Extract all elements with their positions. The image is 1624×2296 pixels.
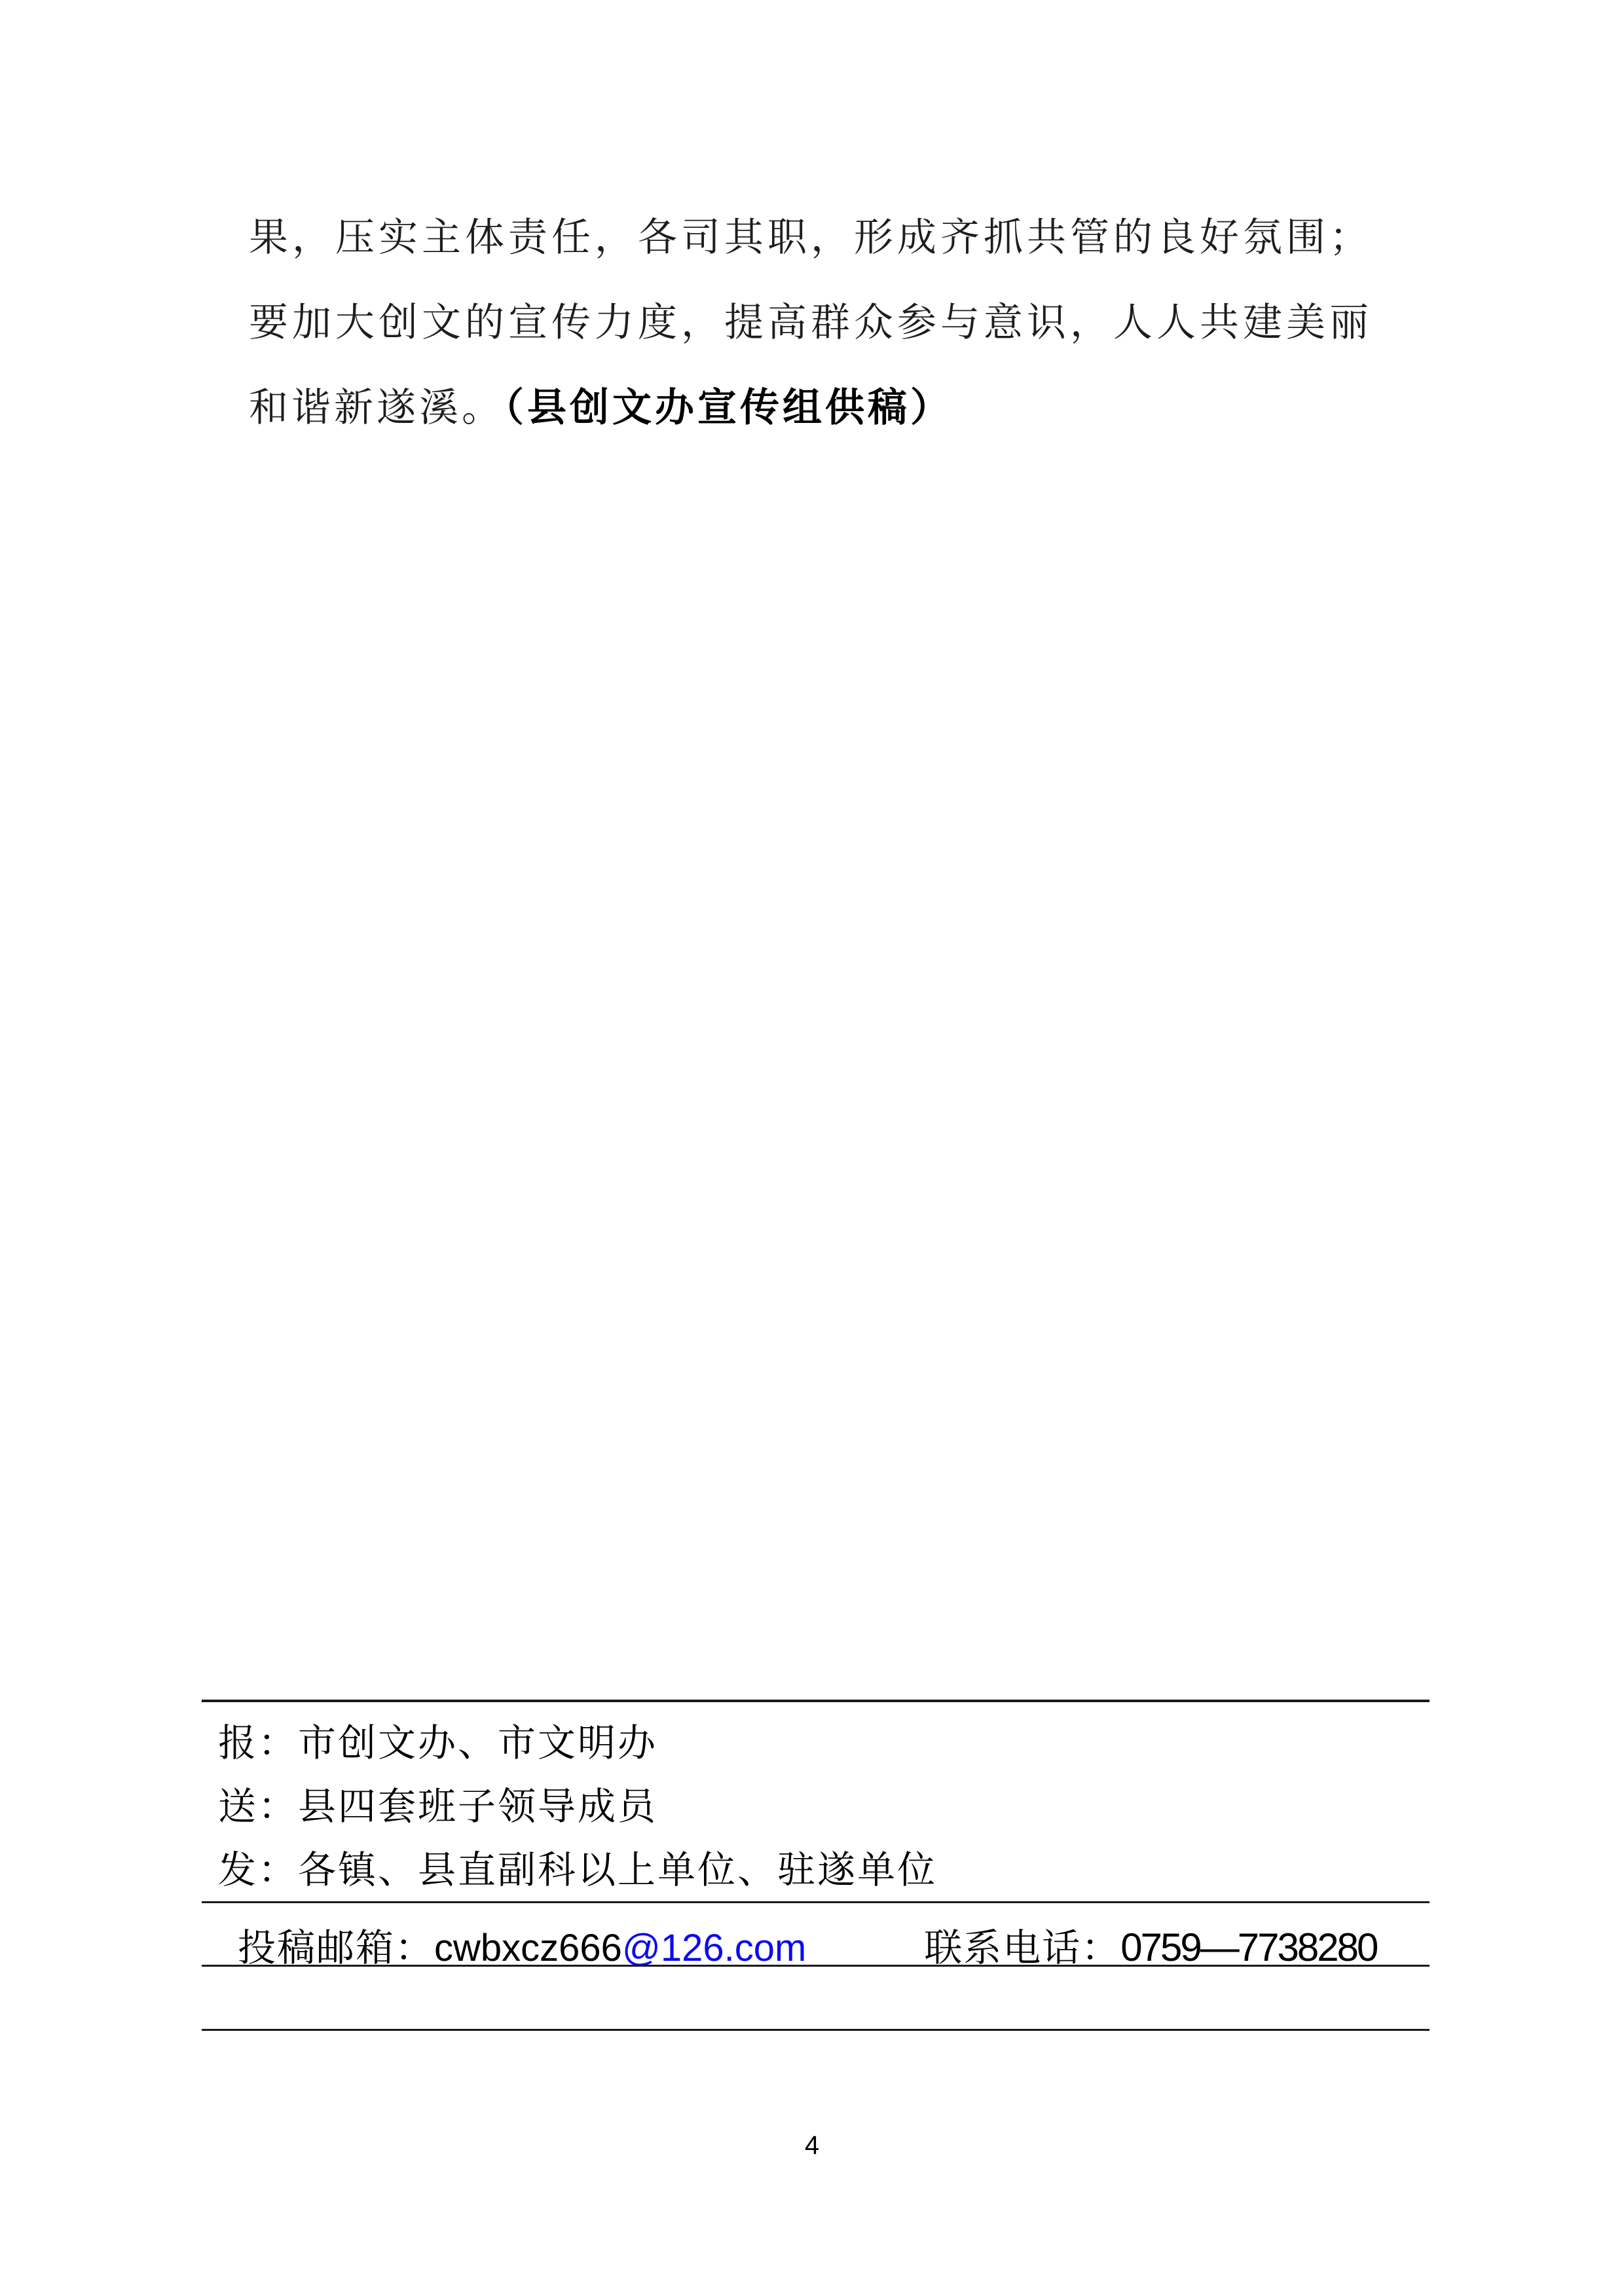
distribution-send-line: 送：县四套班子领导成员 — [218, 1787, 657, 1827]
separator-rule-above-contact — [202, 1901, 1430, 1903]
separator-rule-bottom — [202, 2029, 1430, 2031]
credit-attribution: （县创文办宣传组供稿） — [504, 386, 953, 429]
paragraph-line-2: 要加大创文的宣传力度，提高群众参与意识，人人共建美丽 — [249, 301, 1401, 344]
contact-info-line: 投稿邮箱：cwbxcz666@126.com联系电话：0759—7738280 — [238, 1917, 1376, 1958]
separator-rule-top — [202, 1700, 1430, 1702]
email-address-domain-link[interactable]: @126.com — [622, 1926, 806, 1970]
phone-label: 联系电话： — [924, 1917, 1120, 1972]
paragraph-line-1: 果，压实主体责任，各司其职，形成齐抓共管的良好氛围； — [249, 216, 1401, 259]
paragraph-line-3: 和谐新遂溪。（县创文办宣传组供稿） — [249, 386, 1401, 429]
distribution-report-line: 报：市创文办、市文明办 — [218, 1723, 657, 1764]
email-label: 投稿邮箱： — [238, 1917, 434, 1972]
separator-rule-below-contact — [202, 1965, 1430, 1967]
document-page: 果，压实主体责任，各司其职，形成齐抓共管的良好氛围； 要加大创文的宣传力度，提高… — [0, 0, 1624, 2296]
distribution-issue-line: 发：各镇、县直副科以上单位、驻遂单位 — [218, 1850, 937, 1891]
page-number: 4 — [0, 2131, 1624, 2160]
paragraph-line-3-text: 和谐新遂溪。 — [249, 386, 504, 429]
phone-number: 0759—7738280 — [1120, 1925, 1376, 1970]
email-address-user: cwbxcz666 — [434, 1926, 622, 1970]
